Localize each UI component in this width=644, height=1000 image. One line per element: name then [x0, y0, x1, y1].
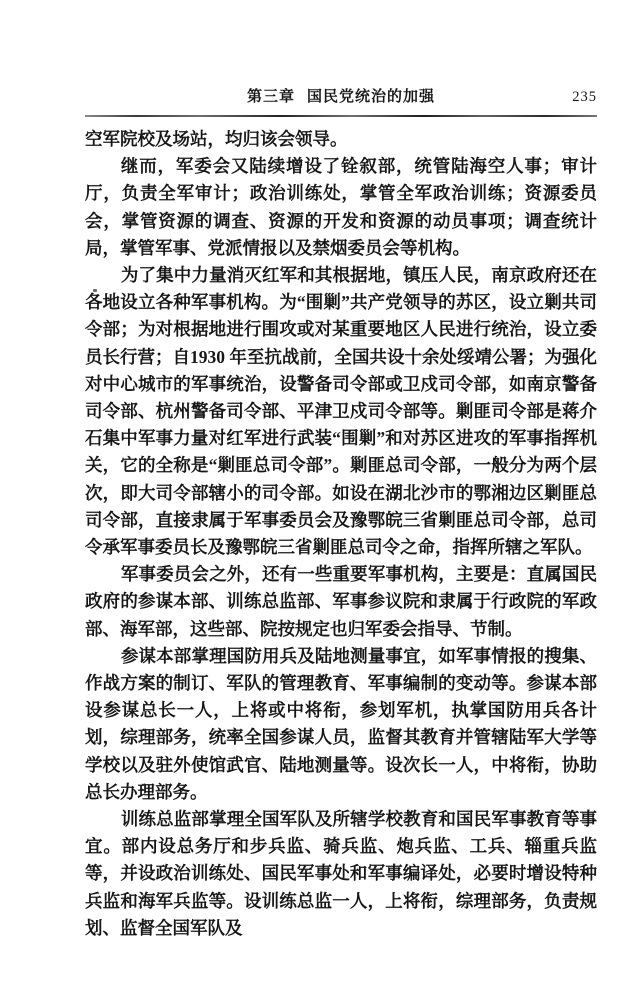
paragraph: 军事委员会之外，还有一些重要军事机构，主要是：直属国民政府的参谋本部、训练总监部…	[85, 561, 597, 643]
paragraph: 继而，军委会又陆续增设了铨叙部，统管陆海空人事；审计厅，负责全军审计；政治训练处…	[85, 153, 597, 262]
scan-artifact-dot	[93, 289, 97, 292]
running-head: 第三章国民党统治的加强 235	[85, 86, 597, 108]
paragraph: 空军院校及场站，均归该会领导。	[85, 126, 597, 153]
paragraph: 为了集中力量消灭红军和其根据地，镇压人民，南京政府还在各地设立各种军事机构。为“…	[85, 262, 597, 561]
body-text: 空军院校及场站，均归该会领导。 继而，军委会又陆续增设了铨叙部，统管陆海空人事；…	[85, 126, 597, 942]
chapter-number: 第三章	[247, 89, 295, 105]
paragraph: 训练总监部掌理全国军队及所辖学校教育和国民军事教育等事宜。部内设总务厅和步兵监、…	[85, 806, 597, 942]
book-page: 第三章国民党统治的加强 235 空军院校及场站，均归该会领导。 继而，军委会又陆…	[0, 0, 644, 1000]
chapter-heading: 第三章国民党统治的加强	[85, 86, 597, 108]
header-divider	[85, 115, 597, 117]
page-number: 235	[572, 86, 597, 108]
chapter-title: 国民党统治的加强	[307, 89, 435, 105]
paragraph: 参谋本部掌理国防用兵及陆地测量事宜，如军事情报的搜集、作战方案的制订、军队的管理…	[85, 643, 597, 806]
text-column: 第三章国民党统治的加强 235 空军院校及场站，均归该会领导。 继而，军委会又陆…	[85, 0, 597, 942]
